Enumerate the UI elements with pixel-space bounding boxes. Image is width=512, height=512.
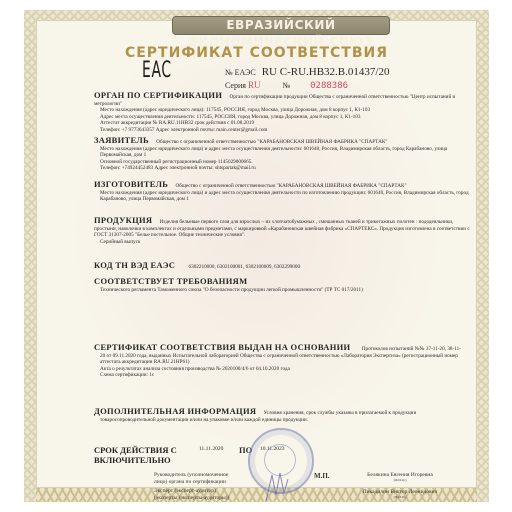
section-body: Место нахождения (адрес юридического лиц… xyxy=(94,146,474,172)
section-line: Технического регламента Таможенного союз… xyxy=(100,287,474,294)
section-line: Место нахождения (адрес юридического лиц… xyxy=(100,190,474,203)
section-line: Схема сертификации: 1с xyxy=(100,372,474,379)
head-signer-label: Руководитель (уполномоченное лицо) орган… xyxy=(154,472,228,486)
validity-heading-line1: СРОК ДЕЙСТВИЯ С xyxy=(94,445,177,455)
section-heading: СЕРТИФИКАТ СООТВЕТСТВИЯ ВЫДАН НА ОСНОВАН… xyxy=(94,342,350,352)
series-value: RU xyxy=(248,80,261,90)
section-product: ПРОДУКЦИЯ Изделия бельевые первого слоя … xyxy=(94,217,474,245)
number-label: № ЕАЭС xyxy=(225,68,256,77)
section-body: товаросопроводительной документации и/ил… xyxy=(94,417,474,424)
section-requirements: СООТВЕТСТВУЕТ ТРЕБОВАНИЯМ Технического р… xyxy=(94,278,474,293)
expert-signer-name: Пикадилин Виктор Леонидович (Ф.И.О.) xyxy=(345,489,455,499)
number-value: RU C-RU.НВ32.В.01437/20 xyxy=(262,66,390,78)
section-heading: ПРОДУКЦИЯ xyxy=(94,215,152,225)
validity-heading-line2: ВКЛЮЧИТЕЛЬНО xyxy=(94,455,177,465)
section-line: 20 от 09.11.2020 года, выданных Испытате… xyxy=(100,353,474,366)
certificate-number: № ЕАЭС RU C-RU.НВ32.В.01437/20 xyxy=(225,66,389,78)
section-lead: Протоколов испытаний №№ 37-11-20, 38-11- xyxy=(362,346,461,352)
section-lead: 6302210000, 6302100001, 6302100009, 6302… xyxy=(189,264,301,270)
section-lead: Общество с ограниченной ответственностью… xyxy=(175,183,406,189)
expert-signer-label: Эксперт (эксперт-аудитор) (эксперты (экс… xyxy=(154,488,229,502)
section-body: Место нахождения (адрес юридического лиц… xyxy=(94,107,474,133)
head-signer-name: Белякина Евгения Игоревна (Ф.И.О.) xyxy=(345,472,455,482)
certificate-title: СЕРТИФИКАТ СООТВЕТСТВИЯ xyxy=(24,45,489,61)
section-heading: КОД ТН ВЭД ЕАЭС xyxy=(94,260,175,270)
validity-period: СРОК ДЕЙСТВИЯ С ВКЛЮЧИТЕЛЬНО 11.11.2020 … xyxy=(94,445,177,465)
section-basis: СЕРТИФИКАТ СООТВЕТСТВИЯ ВЫДАН НА ОСНОВАН… xyxy=(94,344,474,379)
name-caption: (Ф.И.О.) xyxy=(345,495,455,499)
section-tn-ved: КОД ТН ВЭД ЕАЭС 6302210000, 6302100001, … xyxy=(94,262,474,271)
section-heading: ИЗГОТОВИТЕЛЬ xyxy=(94,179,168,189)
section-heading: СООТВЕТСТВУЕТ ТРЕБОВАНИЯМ xyxy=(94,276,247,286)
section-line: Место нахождения (адрес юридического лиц… xyxy=(100,146,474,159)
section-lead: Общество с ограниченной ответственностью… xyxy=(156,139,387,145)
section-certification-body: ОРГАН ПО СЕРТИФИКАЦИИ Орган по сертифика… xyxy=(94,92,474,134)
series-label: Серия xyxy=(225,81,246,90)
section-heading: ЗАЯВИТЕЛЬ xyxy=(94,135,149,145)
name-caption: (Ф.И.О.) xyxy=(345,478,455,482)
validity-from-date: 11.11.2020 xyxy=(199,446,223,452)
section-line: Аттестат аккредитации № RA.RU.11НВ32 сро… xyxy=(100,120,474,127)
certificate: ЕВРАЗИЙСКИЙ ЭКОНОМИЧЕСКИЙ СОЮЗ СЕРТИФИКА… xyxy=(24,10,489,502)
section-line: Место нахождения (адрес юридического лиц… xyxy=(100,107,474,114)
section-body: 20 от 09.11.2020 года, выданных Испытате… xyxy=(94,353,474,379)
section-manufacturer: ИЗГОТОВИТЕЛЬ Общество с ограниченной отв… xyxy=(94,181,474,203)
section-body: Технического регламента Таможенного союз… xyxy=(94,287,474,294)
label-line: лицо) органа по сертификации xyxy=(154,479,228,486)
series-line: Серия RU № 0288386 xyxy=(225,80,348,91)
section-line: Телефон: +7 9773643357 Адрес электронной… xyxy=(100,127,474,134)
section-line: Акта о результатах анализа состояния про… xyxy=(100,366,474,373)
section-body: Серийный выпуск xyxy=(94,239,474,246)
seal-label: М.П. xyxy=(314,472,330,480)
serial-value: 0288386 xyxy=(310,81,348,91)
label-line: Руководитель (уполномоченное xyxy=(154,472,228,479)
section-lead: Условия хранения, срок службы указаны в … xyxy=(264,410,417,416)
section-heading: ДОПОЛНИТЕЛЬНАЯ ИНФОРМАЦИЯ xyxy=(94,406,256,416)
section-line: Телефон: +74924452483 Адрес электронной … xyxy=(100,165,474,172)
section-body: Место нахождения (адрес юридического лиц… xyxy=(94,190,474,203)
section-additional-info: ДОПОЛНИТЕЛЬНАЯ ИНФОРМАЦИЯ Условия хранен… xyxy=(94,408,474,423)
label-line: (эксперты (эксперты-аудиторы)) xyxy=(154,495,229,502)
section-line: Серийный выпуск xyxy=(100,239,474,246)
section-heading: ОРГАН ПО СЕРТИФИКАЦИИ xyxy=(94,90,222,100)
eac-logo-icon: EAC xyxy=(142,58,172,83)
union-title-banner: ЕВРАЗИЙСКИЙ ЭКОНОМИЧЕСКИЙ СОЮЗ xyxy=(172,16,390,35)
section-applicant: ЗАЯВИТЕЛЬ Общество с ограниченной ответс… xyxy=(94,137,474,172)
signature-icon xyxy=(262,465,292,505)
serial-label: № xyxy=(282,81,290,90)
section-line: товаросопроводительной документации и/ил… xyxy=(100,417,474,424)
label-line: Эксперт (эксперт-аудитор) xyxy=(154,488,229,495)
